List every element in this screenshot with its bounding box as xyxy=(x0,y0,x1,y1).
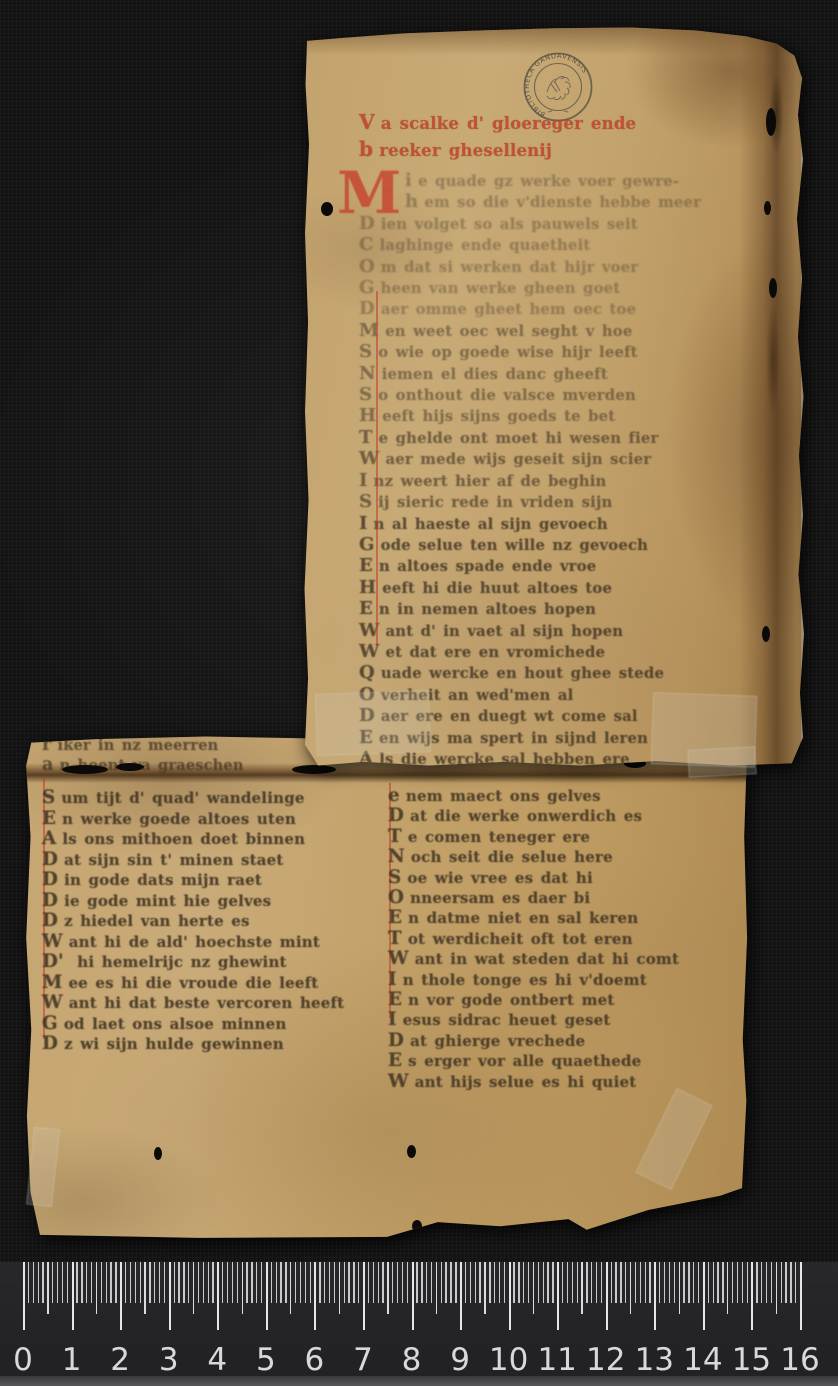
ruler-tick xyxy=(776,1262,777,1314)
lower-right-column: enem maect ons gelvesDat die werke onwer… xyxy=(388,786,679,1092)
ruling-line-upper xyxy=(376,291,378,646)
lower-left-column: Sum tijt d' quad' wandelingeEn werke goe… xyxy=(42,788,344,1055)
text-line: God laet ons alsoe minnen xyxy=(42,1014,344,1035)
text-line: Onneersam es daer bi xyxy=(388,888,679,908)
ruler-tick xyxy=(567,1262,568,1303)
wormhole xyxy=(62,765,108,774)
ruler-tick xyxy=(659,1262,660,1303)
ruler-tick xyxy=(431,1262,432,1303)
ruler-tick xyxy=(615,1262,616,1303)
backing-edge xyxy=(801,66,804,757)
ruler-tick xyxy=(494,1262,495,1303)
ruler-tick xyxy=(766,1262,767,1303)
ruler-tick xyxy=(392,1262,393,1303)
ruler-tick xyxy=(533,1262,534,1314)
ruler-tick xyxy=(314,1262,316,1330)
binding-edge-stain xyxy=(739,26,807,767)
ruler-number: 4 xyxy=(207,1342,227,1378)
text-line: riker in nz meerren xyxy=(42,735,244,755)
ruler-tick xyxy=(130,1262,131,1303)
ruler-tick xyxy=(373,1262,374,1303)
ruler-tick xyxy=(178,1262,179,1303)
text-line: Daer omme gheet hem oec toe xyxy=(359,299,749,320)
ruler-tick xyxy=(470,1262,471,1303)
ruler-tick xyxy=(329,1262,330,1303)
ruler-number: 3 xyxy=(159,1342,179,1378)
ruler-tick xyxy=(688,1262,689,1303)
ruler-tick xyxy=(450,1262,451,1303)
text-line: Heeft hi die huut altoes toe xyxy=(359,578,749,599)
text-line: enem maect ons gelves xyxy=(388,786,679,806)
ruler-tick xyxy=(581,1262,582,1314)
ruler-tick xyxy=(747,1262,748,1303)
ruler-tick xyxy=(38,1262,39,1303)
ruler-number: 6 xyxy=(305,1342,325,1378)
ruler-tick xyxy=(285,1262,286,1303)
text-line: Om dat si werken dat hijr voer xyxy=(359,257,749,278)
ruler-number: 11 xyxy=(537,1342,576,1378)
ruler-tick xyxy=(164,1262,165,1303)
ruler-tick xyxy=(159,1262,160,1303)
ruler-tick xyxy=(713,1262,714,1303)
ruler-tick xyxy=(276,1262,277,1303)
text-line: Inz weert hier af de beghin xyxy=(359,471,749,492)
ruler-tick xyxy=(81,1262,82,1303)
ruler-tick xyxy=(407,1262,408,1303)
ruler-tick xyxy=(144,1262,145,1314)
ruler-number: 10 xyxy=(489,1342,528,1378)
ruler-tick xyxy=(640,1262,641,1303)
ruler-number: 13 xyxy=(635,1342,674,1378)
edge-hole xyxy=(321,202,333,216)
ruler-tick xyxy=(698,1262,699,1303)
lion-emblem-icon xyxy=(547,77,570,112)
ruler-tick xyxy=(324,1262,325,1303)
ruler-tick xyxy=(397,1262,398,1303)
ruler-tick xyxy=(203,1262,204,1303)
ruler-tick xyxy=(183,1262,184,1303)
ruler-tick xyxy=(625,1262,626,1303)
ruler-tick xyxy=(460,1262,462,1330)
ruler-tick xyxy=(528,1262,529,1303)
ruler-tick xyxy=(149,1262,150,1303)
ruler-tick xyxy=(154,1262,155,1303)
ruler-tick xyxy=(227,1262,228,1303)
ruler-tick xyxy=(300,1262,301,1303)
ruler-tick xyxy=(562,1262,563,1303)
ruler-tick xyxy=(756,1262,757,1303)
text-line: Want d' in vaet al sijn hopen xyxy=(359,621,749,642)
text-line: Soe wie vree es dat hi xyxy=(388,868,679,888)
text-line: Gheen van werke gheen goet xyxy=(359,278,749,299)
ruler-tick xyxy=(101,1262,102,1303)
ruler-tick xyxy=(169,1262,171,1330)
ruler-tick xyxy=(62,1262,63,1303)
ruler-tick xyxy=(91,1262,92,1303)
ruler-tick xyxy=(591,1262,592,1303)
ruler-tick xyxy=(198,1262,199,1303)
ruler-tick xyxy=(188,1262,189,1303)
ruler-tick xyxy=(42,1262,43,1303)
text-line: Dat ghierge vrechede xyxy=(388,1031,679,1051)
ruler-tick xyxy=(611,1262,612,1303)
text-line: In thole tonge es hi v'doemt xyxy=(388,970,679,990)
rubric-line: Va scalke d' gloereger ende xyxy=(359,110,636,137)
text-line: Waer mede wijs geseit sijn scier xyxy=(359,449,749,470)
ruler-tick xyxy=(76,1262,77,1303)
ruler-tick xyxy=(363,1262,365,1330)
ruler-tick xyxy=(465,1262,466,1303)
ruler-tick xyxy=(120,1262,122,1330)
ruler-tick xyxy=(67,1262,68,1303)
text-line: Te ghelde ont moet hi wesen fier xyxy=(359,428,749,449)
sewing-hole xyxy=(762,626,770,642)
ruler-tick xyxy=(572,1262,573,1303)
ruler-tick xyxy=(334,1262,335,1303)
ruler-tick xyxy=(708,1262,709,1303)
text-line: En datme niet en sal keren xyxy=(388,908,679,928)
ruler-tick xyxy=(237,1262,238,1303)
ruler-tick xyxy=(742,1262,743,1303)
ruler-number: 16 xyxy=(780,1342,819,1378)
ruler-number: 14 xyxy=(683,1342,722,1378)
text-line: Want hi de ald' hoechste mint xyxy=(42,932,344,953)
ruler-tick xyxy=(174,1262,175,1303)
ruler-tick xyxy=(504,1262,505,1303)
text-line: Es erger vor alle quaethede xyxy=(388,1051,679,1071)
ruler-bottom-edge xyxy=(0,1376,838,1386)
ruler-tick xyxy=(251,1262,252,1303)
text-line: Dz wi sijn hulde gewinnen xyxy=(42,1034,344,1055)
text-line: Iesus sidrac heuet geset xyxy=(388,1010,679,1030)
text-line: Tot werdicheit oft tot eren xyxy=(388,929,679,949)
ruler-tick xyxy=(538,1262,539,1303)
ruler-tick xyxy=(543,1262,544,1303)
ruler-tick xyxy=(106,1262,107,1303)
wormhole xyxy=(407,1145,416,1158)
text-line: Mee es hi die vroude die leeft xyxy=(42,973,344,994)
ruler-tick xyxy=(727,1262,728,1314)
ruler-number: 15 xyxy=(732,1342,771,1378)
text-line: En altoes spade ende vroe xyxy=(359,556,749,577)
text-line: Men weet oec wel seght v hoe xyxy=(359,321,749,342)
ruler-tick xyxy=(57,1262,58,1303)
ruler-tick xyxy=(630,1262,631,1314)
ruler-tick xyxy=(256,1262,257,1303)
ruler-tick xyxy=(222,1262,223,1303)
text-line: Wet dat ere en vromichede xyxy=(359,642,749,663)
ruler-number: 8 xyxy=(402,1342,422,1378)
ruler-tick xyxy=(353,1262,354,1303)
repair-tape xyxy=(687,746,756,778)
text-line: Din gode dats mijn raet xyxy=(42,870,344,891)
text-line: Want hi dat beste vercoren heeft xyxy=(42,993,344,1014)
ruler-tick xyxy=(135,1262,136,1303)
ruler-tick xyxy=(358,1262,359,1303)
ruler-tick xyxy=(402,1262,403,1303)
sewing-hole xyxy=(769,278,777,298)
ruler-tick xyxy=(795,1262,796,1303)
ruler-tick xyxy=(800,1262,802,1330)
text-line: Dien volget so als pauwels seit xyxy=(359,214,749,235)
ruler-tick xyxy=(455,1262,456,1303)
ruler-tick xyxy=(441,1262,442,1303)
ruler-tick xyxy=(266,1262,268,1330)
ruler-tick xyxy=(732,1262,733,1303)
ruler-tick xyxy=(669,1262,670,1303)
ruler-tick xyxy=(271,1262,272,1303)
ruler-tick xyxy=(654,1262,656,1330)
ruler-tick xyxy=(499,1262,500,1303)
ruler-number: 1 xyxy=(62,1342,82,1378)
text-line: En in nemen altoes hopen xyxy=(359,599,749,620)
ruler-tick xyxy=(586,1262,587,1303)
sewing-hole xyxy=(766,108,776,136)
ruler-tick xyxy=(387,1262,388,1314)
ruler-tick xyxy=(645,1262,646,1303)
ruler-tick xyxy=(547,1262,548,1303)
ruler-tick xyxy=(785,1262,786,1303)
text-line: Sum tijt d' quad' wandelinge xyxy=(42,788,344,809)
ruler-tick xyxy=(552,1262,553,1303)
ruler-tick xyxy=(509,1262,511,1330)
text-line: Claghinge ende quaetheit xyxy=(359,235,749,256)
ruler-tick xyxy=(596,1262,597,1303)
ruler-tick xyxy=(771,1262,772,1303)
ruler-tick xyxy=(319,1262,320,1303)
parchment-upper-surface: BIBLIOTHECA GANDAVENSIS Va scalke d' glo… xyxy=(303,26,807,767)
ruler-tick xyxy=(416,1262,417,1303)
ruler-tick xyxy=(475,1262,476,1303)
ruler: 012345678910111213141516 xyxy=(0,1262,838,1386)
ruler-tick xyxy=(232,1262,233,1303)
ruler-tick xyxy=(513,1262,514,1303)
ruler-tick xyxy=(412,1262,414,1330)
ruler-number: 5 xyxy=(256,1342,276,1378)
ruler-tick xyxy=(28,1262,29,1303)
ruler-number: 9 xyxy=(450,1342,470,1378)
text-line: Die gode mint hie gelves xyxy=(42,891,344,912)
text-line: Quade wercke en hout ghee stede xyxy=(359,663,749,684)
ruler-tick xyxy=(344,1262,345,1303)
ruler-tick xyxy=(722,1262,723,1303)
ruler-tick xyxy=(261,1262,262,1303)
ruler-tick xyxy=(557,1262,559,1330)
text-line: En werke goede altoes uten xyxy=(42,809,344,830)
text-line: Want hijs selue es hi quiet xyxy=(388,1072,679,1092)
text-line: Noch seit die selue here xyxy=(388,847,679,867)
ruler-tick xyxy=(436,1262,437,1314)
ruler-tick xyxy=(382,1262,383,1303)
text-line: ie quade gz werke voer gewre- xyxy=(405,171,749,192)
ruler-tick xyxy=(212,1262,213,1303)
ruler-tick xyxy=(310,1262,311,1303)
ruler-tick xyxy=(96,1262,97,1314)
manuscript-photograph: riker in nz meerrenan hoent va graeschen… xyxy=(0,0,838,1386)
text-line: En vor gode ontbert met xyxy=(388,990,679,1010)
ruler-tick xyxy=(479,1262,480,1303)
text-line: So onthout die valsce mverden xyxy=(359,385,749,406)
ruler-tick xyxy=(693,1262,694,1303)
ruler-number: 2 xyxy=(110,1342,130,1378)
ruler-tick xyxy=(683,1262,684,1303)
text-line: Sij sieric rede in vriden sijn xyxy=(359,492,749,513)
text-line: Dat die werke onwerdich es xyxy=(388,806,679,826)
ruler-tick xyxy=(761,1262,762,1303)
text-line: hem so die v'dienste hebbe meer xyxy=(405,192,749,213)
ruler-tick xyxy=(601,1262,602,1303)
ruler-tick xyxy=(348,1262,349,1303)
ruler-tick xyxy=(378,1262,379,1303)
ruler-tick xyxy=(339,1262,340,1314)
rubric-heading: Va scalke d' gloereger endebreeker ghese… xyxy=(359,110,636,163)
wormhole xyxy=(412,1220,422,1232)
ruler-tick xyxy=(193,1262,194,1314)
sewing-hole xyxy=(764,201,771,215)
ruler-tick xyxy=(33,1262,34,1303)
ruler-tick xyxy=(125,1262,126,1303)
ruler-tick xyxy=(47,1262,48,1314)
ruler-tick xyxy=(246,1262,247,1303)
wormhole xyxy=(154,1147,162,1160)
ruler-tick xyxy=(217,1262,219,1330)
ruler-tick xyxy=(305,1262,306,1303)
ruler-tick xyxy=(208,1262,209,1303)
text-line: Dat sijn sin t' minen staet xyxy=(42,850,344,871)
ruler-tick xyxy=(717,1262,718,1303)
ruler-tick xyxy=(421,1262,422,1303)
ruler-tick xyxy=(445,1262,446,1303)
ruler-tick xyxy=(664,1262,665,1303)
ruler-tick xyxy=(518,1262,519,1303)
text-line: In al haeste al sijn gevoech xyxy=(359,514,749,535)
ruler-tick xyxy=(23,1262,25,1330)
ruler-tick xyxy=(484,1262,485,1314)
repair-tape xyxy=(315,690,431,756)
ruler-tick xyxy=(781,1262,782,1303)
ruler-tick xyxy=(649,1262,650,1303)
text-line: Te comen teneger ere xyxy=(388,827,679,847)
parchment-fragment-upper: BIBLIOTHECA GANDAVENSIS Va scalke d' glo… xyxy=(303,26,807,767)
ruler-tick xyxy=(72,1262,74,1330)
ruler-tick xyxy=(290,1262,291,1314)
wormhole xyxy=(116,763,144,771)
text-line: Want in wat steden dat hi comt xyxy=(388,949,679,969)
ruler-tick xyxy=(52,1262,53,1303)
ruler-tick xyxy=(86,1262,87,1303)
ruler-tick xyxy=(790,1262,791,1303)
ruler-tick xyxy=(606,1262,608,1330)
ruler-tick xyxy=(115,1262,116,1303)
ruler-number: 0 xyxy=(13,1342,33,1378)
ruler-tick xyxy=(242,1262,243,1314)
ruler-tick xyxy=(679,1262,680,1314)
ruler-tick xyxy=(368,1262,369,1303)
ruler-tick xyxy=(635,1262,636,1303)
ruler-tick xyxy=(426,1262,427,1303)
text-line: So wie op goede wise hijr leeft xyxy=(359,342,749,363)
ruler-number: 7 xyxy=(353,1342,373,1378)
text-line: Als ons mithoen doet binnen xyxy=(42,829,344,850)
ruler-tick xyxy=(620,1262,621,1303)
text-line: Gode selue ten wille nz gevoech xyxy=(359,535,749,556)
ruler-tick xyxy=(295,1262,296,1303)
ruler-tick xyxy=(674,1262,675,1303)
ruler-tick xyxy=(751,1262,753,1330)
ruler-tick xyxy=(280,1262,281,1303)
ruler-tick xyxy=(489,1262,490,1303)
text-line: Heeft hijs sijns goeds te bet xyxy=(359,406,749,427)
ruler-number: 12 xyxy=(586,1342,625,1378)
ruler-tick xyxy=(140,1262,141,1303)
text-line: Niemen el dies danc gheeft xyxy=(359,364,749,385)
text-line: D' hi hemelrijc nz ghewint xyxy=(42,952,344,973)
text-line: Dz hiedel van herte es xyxy=(42,911,344,932)
ruler-tick xyxy=(523,1262,524,1303)
ruler-tick xyxy=(737,1262,738,1303)
ruler-tick xyxy=(577,1262,578,1303)
stamp-text: BIBLIOTHECA GANDAVENSIS xyxy=(523,52,589,119)
ruler-tick xyxy=(703,1262,705,1330)
ruler-tick xyxy=(110,1262,111,1303)
